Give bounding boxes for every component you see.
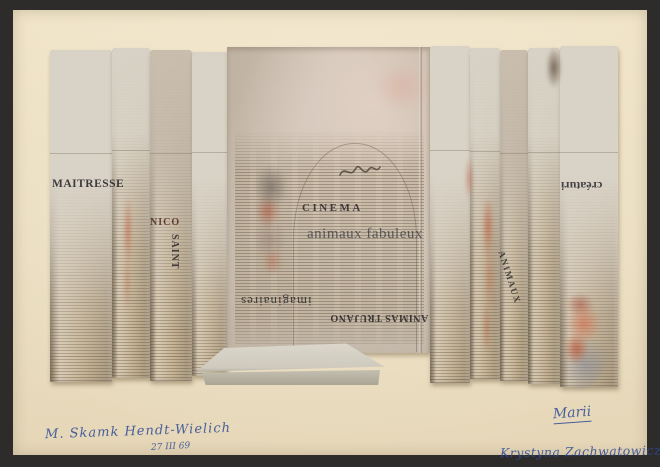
platform-top-face: [196, 341, 384, 373]
headline-animaux-fabuleux: animaux fabuleux: [307, 227, 423, 242]
newspaper-column: [112, 48, 150, 378]
newspaper-column: [192, 52, 227, 376]
inscription-left: M. Skamk Hendt-Wielich: [45, 421, 231, 442]
photo-frame: MAITRESSE CINEMA animaux fabuleux imagin…: [0, 0, 660, 467]
newspaper-column: [150, 50, 192, 381]
newspaper-column: [560, 46, 618, 387]
headline-saint-vertical: SAINT: [169, 234, 179, 270]
headline-animas-trujano-upside-down: ANIMAS TRUJANO: [330, 312, 428, 322]
newspaper-column: [528, 48, 560, 384]
newspaper-column: [500, 50, 528, 381]
inscription-date: 27 III 69: [151, 441, 191, 453]
headline-cinema: CINEMA: [302, 203, 363, 214]
inscription-dedication: Marii: [552, 404, 592, 425]
newspaper-column: [50, 50, 112, 382]
artist-signature: Krystyna Zachwatowicz: [500, 443, 660, 461]
headline-imaginaires-upside-down: imaginaires: [240, 295, 312, 308]
backdrop-fold-line: [419, 47, 422, 353]
newspaper-column: [470, 48, 500, 379]
headline-nico: NICO: [150, 218, 180, 228]
stage-platform: [196, 341, 384, 385]
headline-creaturi-upside-down: créaturi: [561, 180, 602, 192]
pencil-scribble: [338, 160, 382, 182]
newspaper-column: [430, 46, 470, 383]
headline-maitresse: MAITRESSE: [52, 177, 124, 189]
mat-board: MAITRESSE CINEMA animaux fabuleux imagin…: [13, 10, 647, 455]
platform-front-face: [202, 370, 380, 385]
